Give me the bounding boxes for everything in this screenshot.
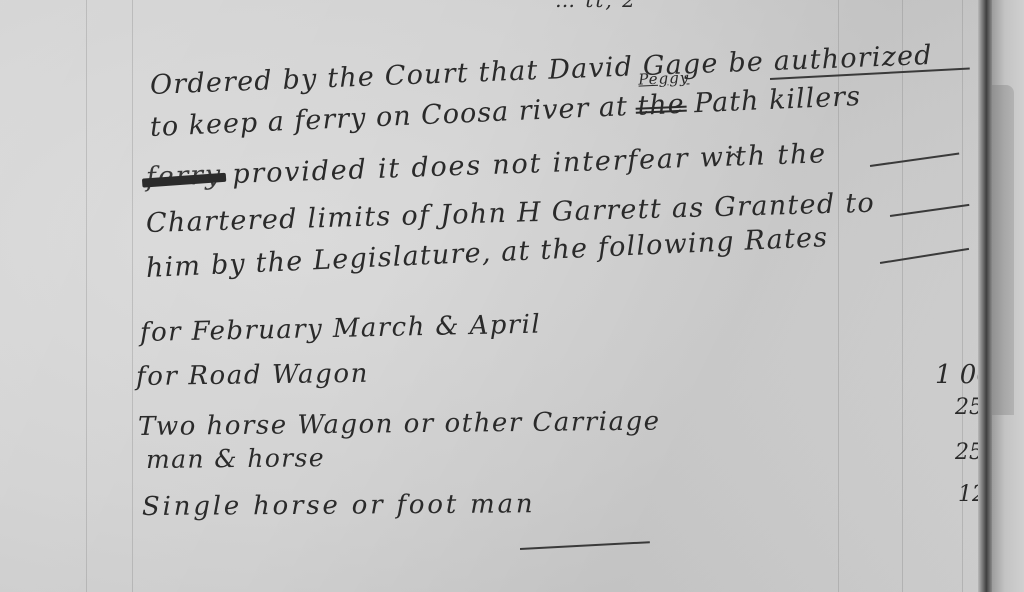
line2-before: to keep a ferry on Coosa river at <box>149 91 638 143</box>
line2-after: Path killers <box>684 81 862 120</box>
line3-after: provided it does not interfear with the <box>221 138 827 190</box>
rate-item: Two horse Wagon or other Carriage <box>138 407 661 442</box>
top-text-fragment: … tt, 2 <box>555 0 637 12</box>
ledger-page: … tt, 2 Ordered by the Court that David … <box>0 0 985 592</box>
text-line-6: for February March & April <box>140 310 542 348</box>
margin-rule <box>132 0 133 592</box>
pen-flourish <box>520 541 650 549</box>
margin-rule <box>86 0 87 592</box>
rate-item: for Road Wagon <box>136 359 369 392</box>
text-line-3: ferry provided it does not interfear wit… <box>145 138 827 193</box>
inserted-word: Peggy <box>638 68 690 88</box>
rate-item: Single horse or foot man <box>142 489 536 522</box>
page-tab-shadow <box>992 85 1014 415</box>
book-binding-gutter <box>978 0 992 592</box>
struck-word: ferry <box>145 159 222 193</box>
column-rule <box>902 0 903 592</box>
pen-flourish <box>880 248 969 264</box>
adjacent-page-edge <box>992 0 1024 592</box>
rate-item: man & horse <box>146 443 325 474</box>
insertion: Peggythe <box>637 89 686 122</box>
pen-flourish <box>870 152 959 166</box>
struck-word: the <box>637 89 686 122</box>
